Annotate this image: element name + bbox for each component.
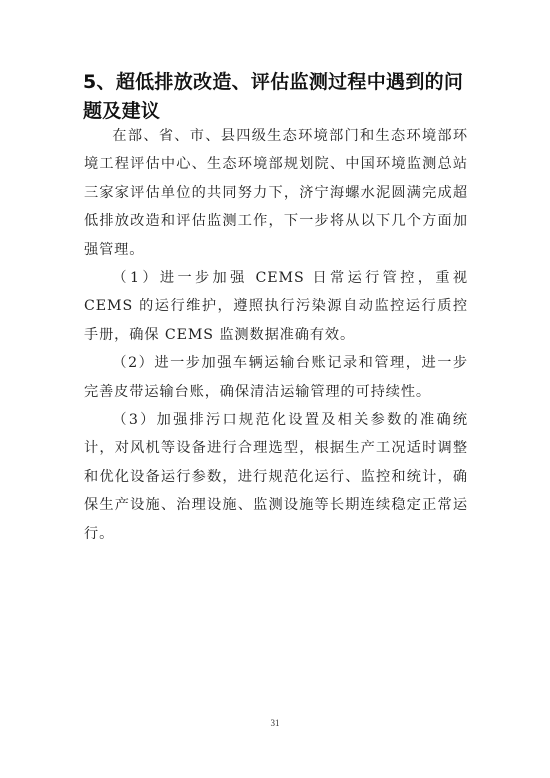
paragraph-item-2: （2）进一步加强车辆运输台账记录和管理，进一步完善皮带运输台账，确保清洁运输管理… — [84, 349, 468, 406]
paragraph-intro: 在部、省、市、县四级生态环境部门和生态环境部环境工程评估中心、生态环境部规划院、… — [84, 122, 468, 264]
paragraph-item-3: （3）加强排污口规范化设置及相关参数的准确统计，对风机等设备进行合理选型，根据生… — [84, 406, 468, 548]
page-number: 31 — [0, 718, 550, 728]
document-page: 5、超低排放改造、评估监测过程中遇到的问题及建议 在部、省、市、县四级生态环境部… — [0, 0, 550, 778]
paragraph-item-1: （1）进一步加强 CEMS 日常运行管控，重视 CEMS 的运行维护，遵照执行污… — [84, 264, 468, 349]
section-heading: 5、超低排放改造、评估监测过程中遇到的问题及建议 — [83, 68, 473, 126]
section-body: 在部、省、市、县四级生态环境部门和生态环境部环境工程评估中心、生态环境部规划院、… — [84, 122, 468, 548]
